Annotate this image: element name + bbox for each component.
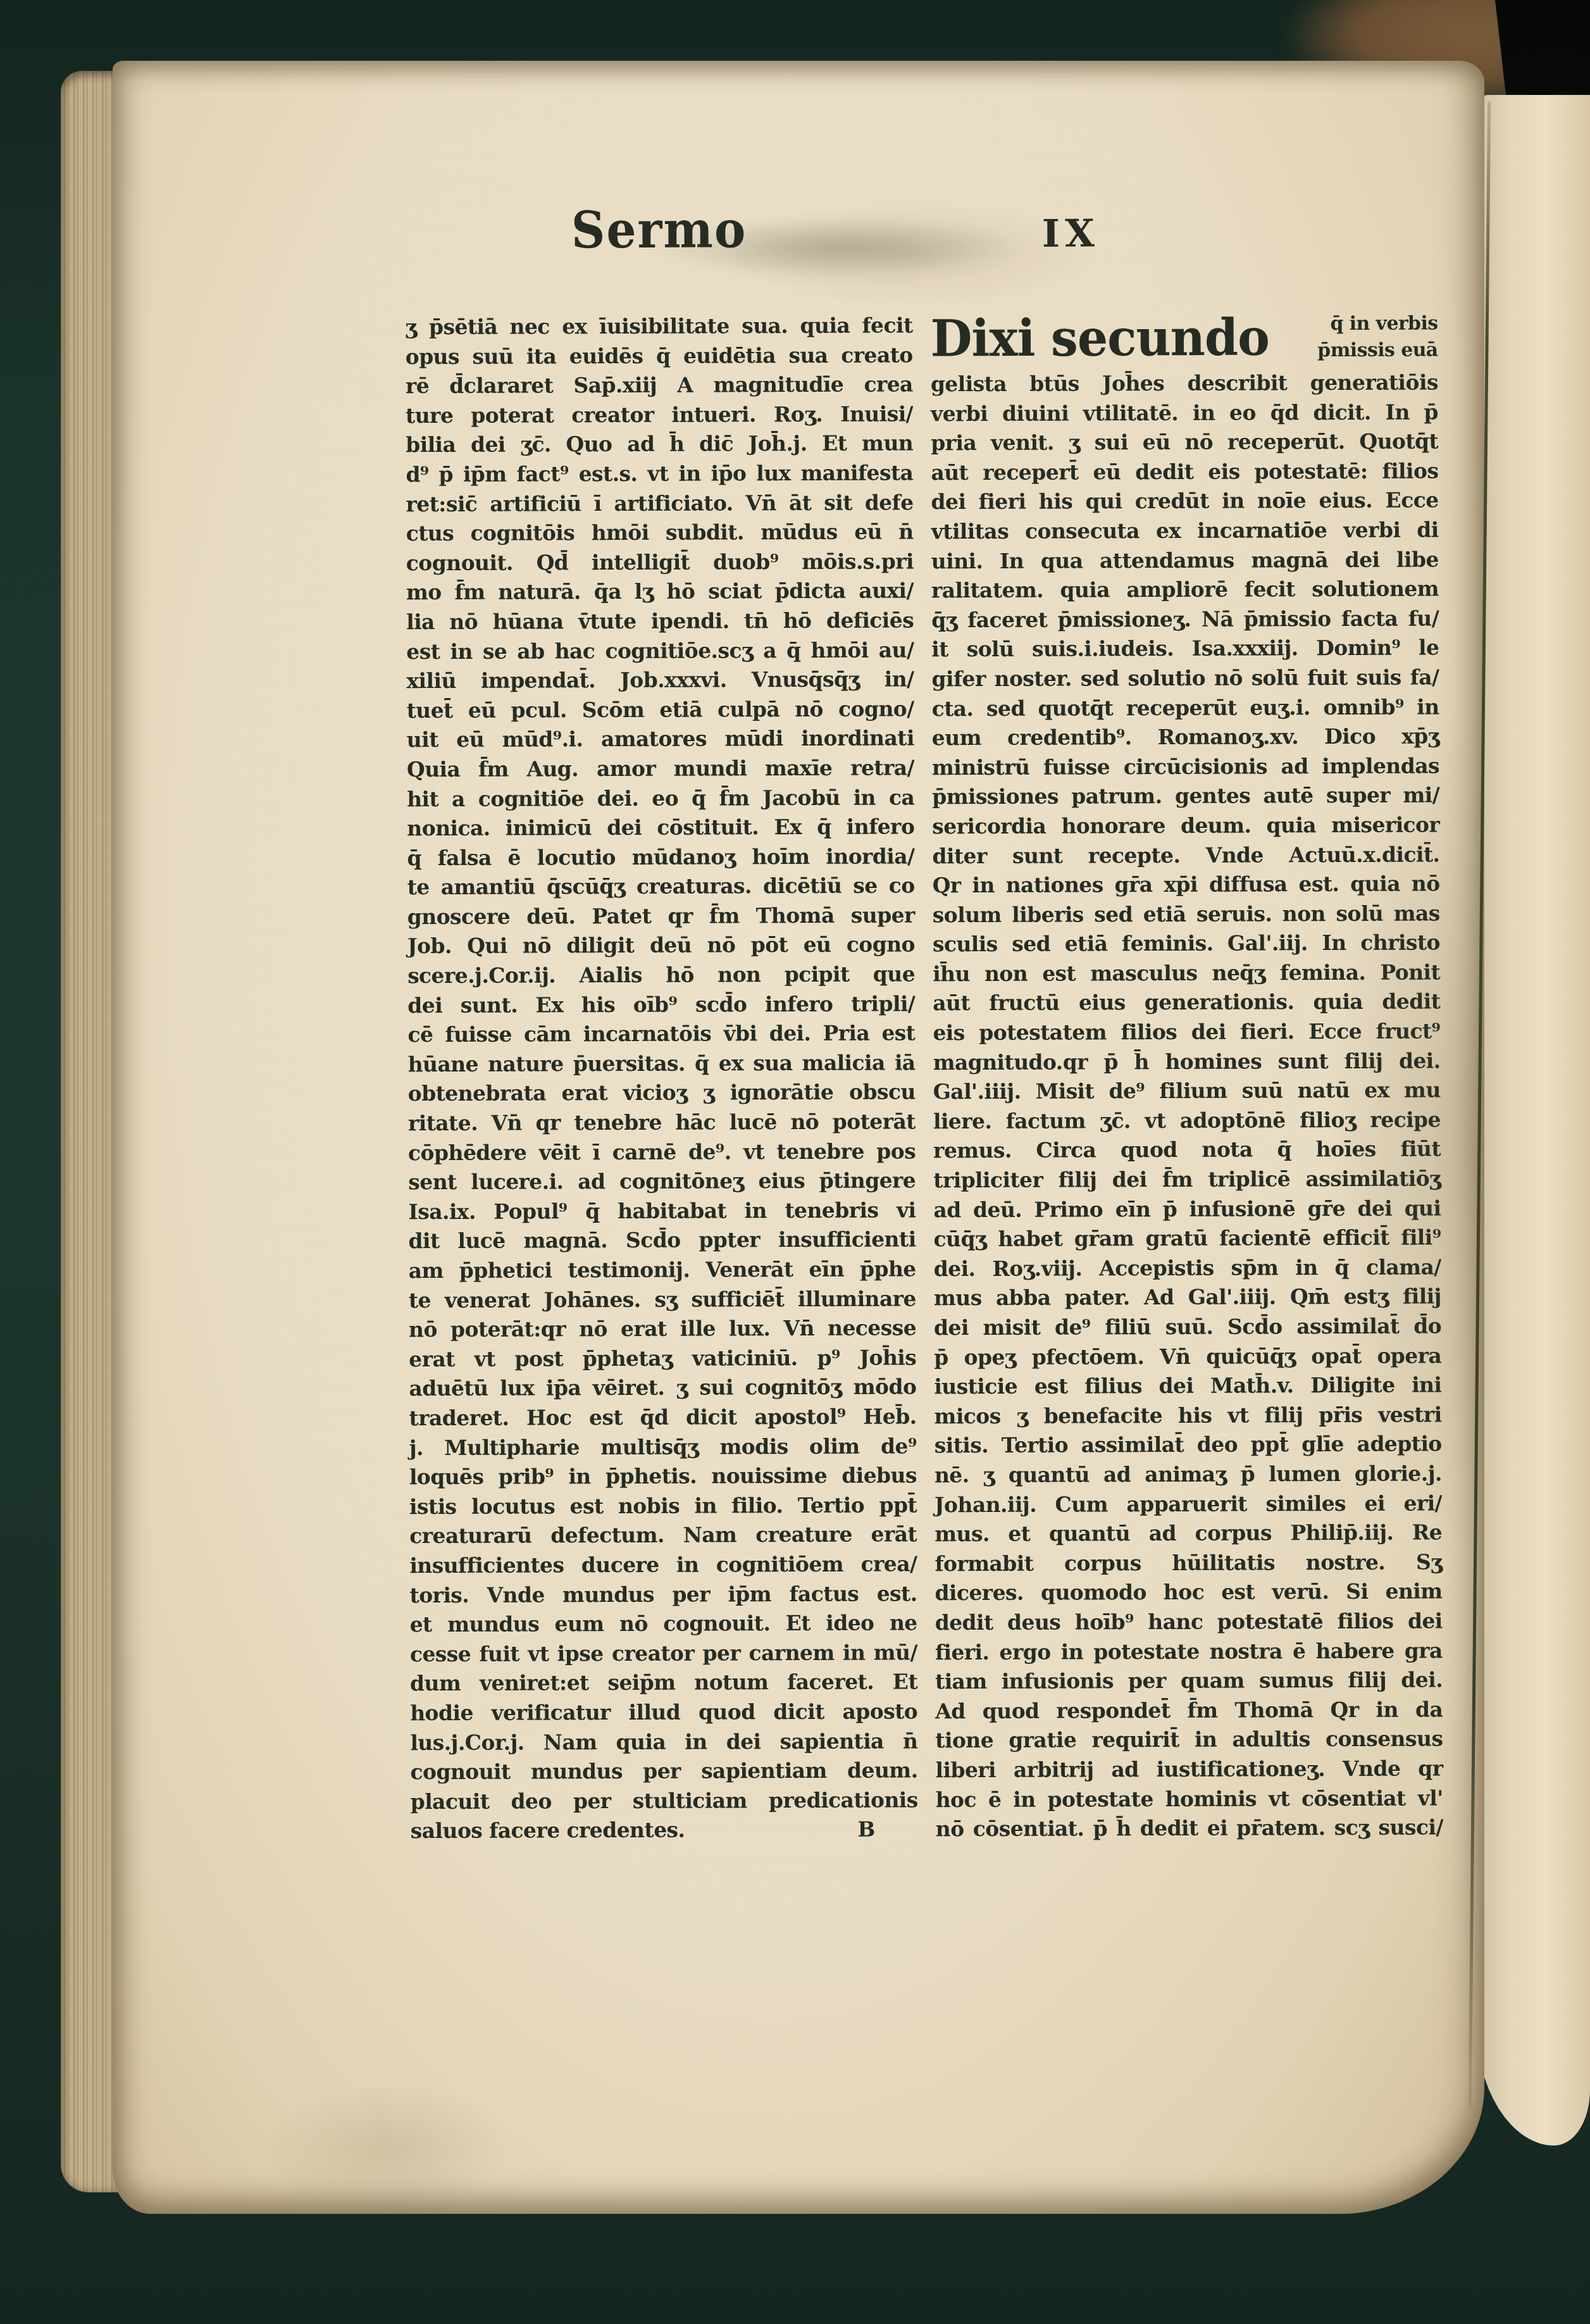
right-column-lines: gelista btūs Joh̄es describit generatiōi… <box>931 368 1443 1844</box>
text-line: sculis sed etiā feminis. Gal'.iij. In ch… <box>933 928 1440 959</box>
text-line: fieri. ergo in potestate nostra ē habere… <box>935 1636 1443 1667</box>
text-line: nō cōsentiat. p̄ h̄ dedit ei pr̄atem. sc… <box>936 1813 1443 1844</box>
text-line: Ad quod respondet̄ f̄m Thomā Qr in da <box>935 1695 1443 1726</box>
page-title: Sermo <box>571 201 747 260</box>
facing-leaf-edge <box>1475 95 1590 2146</box>
signature-mark: B <box>857 1815 874 1845</box>
text-line: cognouit. Qd̄ intelligit̄ duob⁹ mōis.s.p… <box>406 547 914 578</box>
incipit-large-text: Dixi secundo <box>930 308 1269 368</box>
text-line: te venerat Johānes. sʒ sufficiēt̄ illumi… <box>409 1284 916 1315</box>
scanned-book-photo: { "page": { "header": { "title": "Sermo"… <box>0 0 1590 2324</box>
text-line: eum credentib⁹. Romanoʒ.xv. Dico xp̄ʒ <box>932 722 1439 753</box>
text-line: xiliū impendat̄. Job.xxxvi. Vnusq̄sq̄ʒ i… <box>406 665 914 696</box>
text-line: pria venit. ʒ sui eū nō receperūt. Quotq… <box>931 427 1438 458</box>
text-line: q̄ falsa ē locutio mūdanoʒ hoīm inordia/ <box>407 842 914 873</box>
incipit-side-text: q̄ in verbis p̄missis euā <box>1317 309 1438 364</box>
text-line: Johan.iij. Cum apparuerit similes ei eri… <box>935 1489 1442 1520</box>
text-line: mus abba pater. Ad Gal'.iiij. Qm̄ estʒ f… <box>934 1282 1441 1313</box>
text-line: cōphēdere vēit ī carnē de⁹. vt tenebre p… <box>408 1137 916 1168</box>
left-column-last-row: saluos facere credentes. B <box>411 1815 918 1846</box>
text-line: cūq̄ʒ habet gr̄am gratū facientē efficit… <box>933 1223 1441 1254</box>
text-line: ctus cognitōis hmōi subdit. mūdus eū n̄ <box>406 518 914 549</box>
text-line: liere. factum ʒc̄. vt adoptōnē filioʒ re… <box>933 1105 1441 1136</box>
text-line: sericordia honorare deum. quia misericor <box>932 810 1439 841</box>
text-line: p̄ opeʒ pfectōem. Vn̄ quicūq̄ʒ opat̄ ope… <box>934 1341 1441 1372</box>
text-line: creaturarū defectum. Nam creature erāt <box>409 1520 917 1551</box>
text-line: dei. Roʒ.viij. Accepistis sp̄m in q̄ cla… <box>934 1253 1441 1284</box>
text-line: ralitatem. quia ampliorē fecit solutione… <box>931 575 1439 606</box>
text-line: bilia dei ʒc̄. Quo ad h̄ dic̄ Joh̄.j. Et… <box>406 429 913 460</box>
text-line: eis potestatem filios dei fieri. Ecce fr… <box>933 1017 1440 1048</box>
text-line: it solū suis.i.iudeis. Isa.xxxiij. Domin… <box>931 634 1439 665</box>
folio-number: IX <box>1042 211 1100 256</box>
text-line: et mundus eum nō cognouit. Et ideo ne <box>410 1608 917 1639</box>
text-line: placuit deo per stulticiam predicationis <box>411 1785 918 1816</box>
show-through-smudge <box>655 217 1022 279</box>
text-line: solum liberis sed etiā seruis. non solū … <box>933 899 1440 930</box>
text-line: formabit corpus hūilitatis nostre. Sʒ <box>935 1547 1442 1578</box>
text-line: dei sunt. Ex his oīb⁹ scd̄o infero tripl… <box>407 989 915 1020</box>
text-line: loquēs prib⁹ in p̄phetis. nouissime dieb… <box>409 1461 917 1492</box>
text-line: aduētū lux ip̄a vēiret. ʒ sui cognitōʒ m… <box>409 1373 916 1404</box>
text-line: d⁹ p̄ ip̄m fact⁹ est.s. vt in ip̄o lux m… <box>406 458 913 489</box>
text-line: nō poterāt:qr nō erat ille lux. Vn̄ nece… <box>409 1314 916 1345</box>
text-line: gifer noster. sed solutio nō solū fuit s… <box>931 663 1439 694</box>
text-line: remus. Circa quod nota q̄ hoīes fiūt <box>933 1135 1441 1166</box>
text-line: ih̄u non est masculus neq̄ʒ femina. Poni… <box>933 958 1440 989</box>
text-line: dit lucē magnā. Scd̄o ppter insufficient… <box>408 1225 916 1256</box>
incipit-side-line: q̄ in verbis <box>1330 312 1438 335</box>
text-line: Gal'.iiij. Misit de⁹ filium suū natū ex … <box>933 1076 1441 1107</box>
text-line: Quia f̄m Aug. amor mundi maxīe retra/ <box>407 753 914 784</box>
text-line: mus. et quantū ad corpus Philip̄.iij. Re <box>935 1518 1442 1549</box>
text-line: vtilitas consecuta ex incarnatiōe verbi … <box>931 515 1439 546</box>
text-line: nonica. inimicū dei cōstituit. Ex q̄ inf… <box>407 812 914 843</box>
text-line: cē fuisse cām incarnatōis v̄bi dei. Pria… <box>407 1019 915 1050</box>
text-line: scere.j.Cor.ij. Aialis hō non pcipit que <box>407 959 915 990</box>
text-line: uit eū mūd⁹.i. amatores mūdi inordinati <box>407 724 914 755</box>
left-column-lines: ʒ p̄sētiā nec ex īuisibilitate sua. quia… <box>405 311 917 1816</box>
text-line: toris. Vnde mundus per ip̄m factus est. <box>409 1579 917 1610</box>
text-line: est in se ab hac cognitiōe.scʒ a q̄ hmōi… <box>406 635 914 666</box>
text-line: lus.j.Cor.j. Nam quia in dei sapientia n… <box>410 1727 917 1758</box>
text-line: diceres. quomodo hoc est verū. Si enim <box>935 1577 1442 1608</box>
text-line: tione gratie requirit̄ in adultis consen… <box>935 1725 1443 1756</box>
text-line: liberi arbitrij ad iustificationeʒ. Vnde… <box>935 1754 1443 1785</box>
text-line: iusticie est filius dei Math̄.v. Diligit… <box>934 1371 1441 1402</box>
text-line: nē. ʒ quantū ad animaʒ p̄ lumen glorie.j… <box>935 1459 1442 1490</box>
text-line: cta. sed quotq̄t receperūt euʒ.i. omnib⁹… <box>932 692 1439 723</box>
text-line: aūt recepert̄ eū dedit eis potestatē: fi… <box>931 456 1438 487</box>
text-line: ministrū fuisse circūcisionis ad implend… <box>932 751 1439 782</box>
text-line: Isa.ix. Popul⁹ q̄ habitabat in tenebris … <box>408 1196 916 1227</box>
text-line: q̄ʒ faceret p̄missioneʒ. Nā p̄missio fac… <box>931 604 1439 635</box>
text-line: ritate. Vn̄ qr tenebre hāc lucē nō poter… <box>408 1107 916 1138</box>
text-line: sitis. Tertio assimilat̄ deo ppt̄ glīe a… <box>935 1430 1442 1461</box>
text-line: traderet. Hoc est q̄d dicit apostol⁹ Heb… <box>409 1402 916 1433</box>
text-line: uini. In qua attendamus magnā dei libe <box>931 545 1439 576</box>
text-line: dedit deus hoīb⁹ hanc potestatē filios d… <box>935 1606 1443 1637</box>
last-line-text: saluos facere credentes. <box>411 1816 685 1846</box>
book-page: Sermo IX ʒ p̄sētiā nec ex īuisibilitate … <box>113 61 1484 2214</box>
text-column-right: Dixi secundo q̄ in verbis p̄missis euā g… <box>930 309 1443 1844</box>
text-line: ad deū. Primo eīn p̄ infusionē gr̄e dei … <box>933 1194 1441 1225</box>
text-line: erat vt post p̄phetaʒ vaticiniū. p⁹ Joh̄… <box>409 1343 916 1374</box>
text-line: cesse fuit vt ipse creator per carnem in… <box>410 1638 917 1669</box>
text-line: tiam infusionis per quam sumus filij dei… <box>935 1666 1443 1697</box>
text-line: obtenebrata erat vicioʒ ʒ ignorātie obsc… <box>408 1078 916 1109</box>
text-line: hodie verificatur illud quod dicit apost… <box>410 1697 917 1728</box>
text-column-left: ʒ p̄sētiā nec ex īuisibilitate sua. quia… <box>405 311 917 1846</box>
text-line: lia nō hūana v̄tute ipendi. tn̄ hō defic… <box>406 606 914 637</box>
text-line: magnitudo.qr p̄ h̄ homines sunt filij de… <box>933 1046 1441 1077</box>
text-line: hoc ē in potestate hominis vt cōsentiat … <box>936 1784 1443 1815</box>
text-line: hit a cognitiōe dei. eo q̄ f̄m Jacobū in… <box>407 783 914 814</box>
text-line: dum veniret:et seip̄m notum faceret. Et <box>410 1668 917 1699</box>
text-line: micos ʒ benefacite his vt filij pr̄is ve… <box>934 1400 1441 1431</box>
text-line: j. Multipharie multisq̄ʒ modis olim de⁹ <box>409 1432 917 1463</box>
text-line: verbi diuini vtilitatē. in eo q̄d dicit.… <box>931 397 1438 428</box>
text-line: rē d̄clararet Sap̄.xiij A magnitudīe cre… <box>406 370 913 401</box>
text-line: insufficientes ducere in cognitiōem crea… <box>409 1549 917 1580</box>
text-line: Job. Qui nō diligit deū nō pōt eū cogno <box>407 930 915 961</box>
text-line: Qr in nationes gr̄a xp̄i diffusa est. qu… <box>933 870 1440 901</box>
page-text-area: Sermo IX ʒ p̄sētiā nec ex īuisibilitate … <box>109 58 1488 2216</box>
text-line: cognouit mundus per sapientiam deum. <box>410 1756 917 1787</box>
text-line: dei fieri his qui credūt in noīe eius. E… <box>931 486 1438 517</box>
text-line: am p̄phetici testimonij. Venerāt eīn p̄p… <box>409 1254 916 1285</box>
text-line: ture poterat creator intueri. Roʒ. Inuis… <box>406 399 913 430</box>
text-line: te amantiū q̄scūq̄ʒ creaturas. dicētiū s… <box>407 871 915 903</box>
text-line: sent lucere.i. ad cognitōneʒ eius p̄ting… <box>408 1166 916 1197</box>
text-line: tuet̄ eū pcul. Scōm etiā culpā nō cogno/ <box>407 694 914 725</box>
text-line: p̄missiones patrum. gentes autē super mi… <box>932 781 1439 812</box>
incipit-side-line: p̄missis euā <box>1317 339 1438 361</box>
text-line: ret:sic̄ artificiū ī artificiato. Vn̄ āt… <box>406 488 913 519</box>
text-line: dei misit de⁹ filiū suū. Scd̄o assimilat… <box>934 1311 1441 1342</box>
text-line: mo f̄m naturā. q̄a lʒ hō sciat p̄dicta a… <box>406 577 914 608</box>
text-line: gelista btūs Joh̄es describit generatiōi… <box>931 368 1438 399</box>
text-line: gnoscere deū. Patet qr f̄m Thomā super <box>407 901 915 932</box>
text-line: aūt fructū eius generationis. quia dedit <box>933 987 1440 1018</box>
text-line: tripliciter filij dei f̄m triplicē assim… <box>933 1164 1441 1195</box>
text-line: diter sunt recepte. Vnde Actuū.x.dicit̄. <box>932 840 1439 871</box>
text-line: ʒ p̄sētiā nec ex īuisibilitate sua. quia… <box>405 311 912 342</box>
text-line: istis locutus est nobis in filio. Tertio… <box>409 1490 917 1521</box>
incipit-block: Dixi secundo q̄ in verbis p̄missis euā <box>930 309 1438 370</box>
text-line: hūane nature p̄uersitas. q̄ ex sua malic… <box>408 1048 916 1079</box>
text-line: opus suū ita euidēs q̄ euidētia sua crea… <box>406 340 913 372</box>
